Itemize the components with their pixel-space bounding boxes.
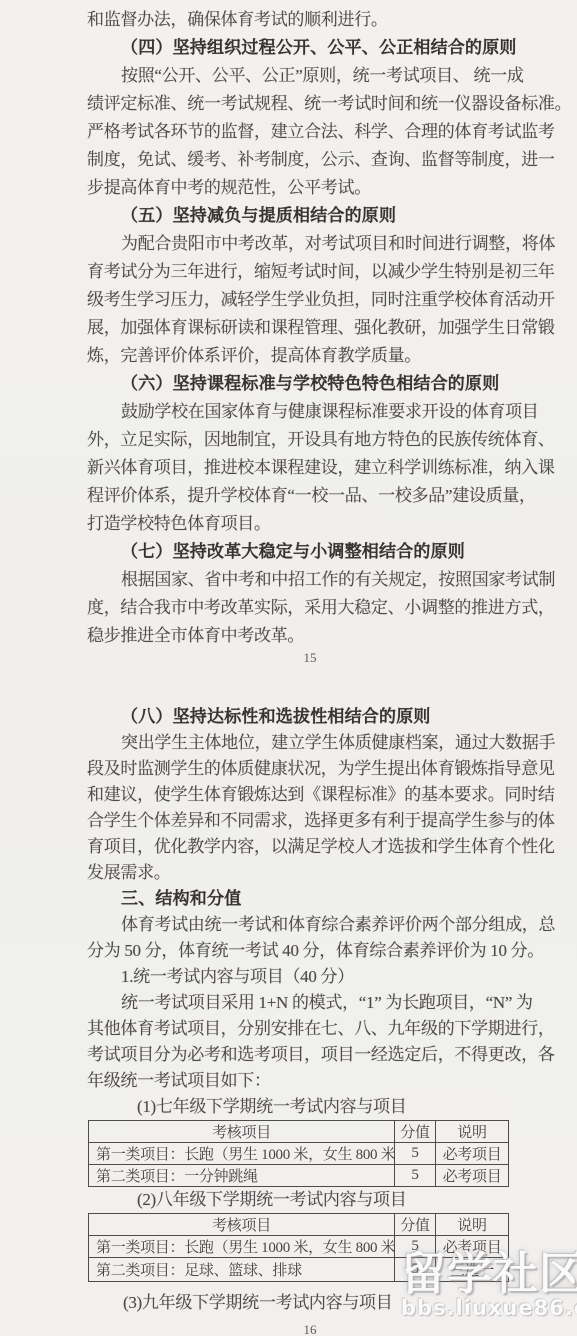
text-line: 程评价体系，提升学校体育“一校一品、一校多品”建设质量， [87,482,539,510]
text-line: 体育考试由统一考试和体育综合素养评价两个部分组成，总 [87,912,539,938]
page-number-15: 15 [87,650,533,666]
cell-exam-item: 第二类项目：一分钟跳绳 [89,1165,395,1187]
header-score: 分值 [395,1214,436,1236]
text-line: 育考试分为三年进行，缩短考试时间，以减少学生特别是初三年 [87,258,539,286]
header-note: 说明 [436,1121,509,1143]
text-line: 严格考试各环节的监督，建立合法、科学、合理的体育考试监考 [87,118,539,146]
grade7-exam-table: 考核项目 分值 说明 第一类项目：长跑（男生 1000 米，女生 800 米） … [88,1120,509,1187]
text-line: 鼓励学校在国家体育与健康课程标准要求开设的体育项目 [87,398,539,426]
table-row: 第一类项目：长跑（男生 1000 米，女生 800 米） 5 必考项目 [89,1143,509,1165]
section-heading-6: （六）坚持课程标准与学校特色特色相结合的原则 [87,370,539,398]
text-line: 步提高体育中考的规范性，公平考试。 [87,174,539,202]
header-score: 分值 [395,1121,436,1143]
text-line: 级考生学习压力，减轻学生学业负担，同时注重学校体育活动开 [87,286,539,314]
text-line: 其他体育考试项目，分别安排在七、八、九年级的下学期进行， [87,1016,539,1042]
text-line: 新兴体育项目，推进校本课程建设，建立科学训练标准，纳入课 [87,454,539,482]
section-heading-8: （八）坚持达标性和选拔性相结合的原则 [87,704,539,730]
text-line: 统一考试项目采用 1+N 的模式，“1” 为长跑项目，“N” 为 [87,990,539,1016]
text-line: 考试项目分为必考和选考项目，项目一经选定后，不得更改，各 [87,1042,539,1068]
text-line: 稳步推进全市体育中考改革。 [87,622,539,650]
section-heading-5: （五）坚持减负与提质相结合的原则 [87,202,539,230]
text-line: 和监督办法，确保体育考试的顺利进行。 [87,6,539,34]
text-line: 根据国家、省中考和中招工作的有关规定，按照国家考试制 [87,566,539,594]
scanned-document-page: 和监督办法，确保体育考试的顺利进行。 （四）坚持组织过程公开、公平、公正相结合的… [0,0,577,1336]
text-line: 展，加强体育课标研读和课程管理、强化教研，加强学生日常锻 [87,314,539,342]
section-heading-structure: 三、结构和分值 [87,886,539,912]
header-exam-item: 考核项目 [89,1214,395,1236]
cell-exam-item: 第二类项目：足球、篮球、排球 [89,1258,395,1282]
table-caption-grade7: (1)七年级下学期统一考试内容与项目 [87,1094,539,1120]
table-header-row: 考核项目 分值 说明 [89,1121,509,1143]
header-exam-item: 考核项目 [89,1121,395,1143]
watermark-brand-text: 留学社区 [401,1251,577,1296]
text-line: 发展需求。 [87,860,539,886]
text-line: 合学生个体差异和不同需求，选择更多有利于提高学生参与的体 [87,808,539,834]
section-heading-4: （四）坚持组织过程公开、公平、公正相结合的原则 [87,34,539,62]
text-line: 度，结合我市中考改革实际，采用大稳定、小调整的推进方式， [87,594,539,622]
section-heading-7: （七）坚持改革大稳定与小调整相结合的原则 [87,538,539,566]
text-line: 炼，完善评价体系评价，提高体育教学质量。 [87,342,539,370]
text-line: 和建议，使学生体育锻炼达到《课程标准》的基本要求。同时结 [87,782,539,808]
text-line: 绩评定标准、统一考试规程、统一考试时间和统一仪器设备标准。 [87,90,539,118]
header-note: 说明 [436,1214,509,1236]
text-line: 年级统一考试项目如下： [87,1068,539,1094]
cell-score: 5 [395,1165,436,1187]
text-line: 按照“公开、公平、公正”原则，统一考试项目、 统一成 [87,62,539,90]
cell-note: 必考项目 [436,1165,509,1187]
table-header-row: 考核项目 分值 说明 [89,1214,509,1236]
page-15-body: 和监督办法，确保体育考试的顺利进行。 （四）坚持组织过程公开、公平、公正相结合的… [87,6,539,650]
cell-exam-item: 第一类项目：长跑（男生 1000 米，女生 800 米） [89,1236,395,1258]
text-line: 育项目，优化教学内容，以满足学校人才选拔和学生体育个性化 [87,834,539,860]
table-row: 第二类项目：一分钟跳绳 5 必考项目 [89,1165,509,1187]
text-line: 制度，免试、缓考、补考制度，公示、查询、监督等制度，进一 [87,146,539,174]
cell-score: 5 [395,1143,436,1165]
table-caption-grade8: (2)八年级下学期统一考试内容与项目 [87,1187,539,1213]
page-16-body: （八）坚持达标性和选拔性相结合的原则 突出学生主体地位，建立学生体质健康档案，通… [87,704,539,1316]
text-line: 为配合贵阳市中考改革，对考试项目和时间进行调整，将体 [87,230,539,258]
subsection-heading-1: 1.统一考试内容与项目（40 分） [87,964,539,990]
cell-exam-item: 第一类项目：长跑（男生 1000 米，女生 800 米） [89,1143,395,1165]
text-line: 段及时监测学生的体质健康状况，为学生提出体育锻炼指导意见 [87,756,539,782]
text-line: 外，立足实际，因地制宜，开设具有地方特色的民族传统体育、 [87,426,539,454]
watermark-site-url: bbs.liuxue86.com [401,1298,577,1319]
site-watermark: 留学社区 bbs.liuxue86.com [401,1251,577,1319]
text-line: 分为 50 分，体育统一考试 40 分，体育综合素养评价为 10 分。 [87,938,539,964]
text-line: 突出学生主体地位，建立学生体质健康档案，通过大数据手 [87,730,539,756]
text-line: 打造学校特色体育项目。 [87,510,539,538]
page-number-16: 16 [87,1322,533,1336]
cell-note: 必考项目 [436,1143,509,1165]
